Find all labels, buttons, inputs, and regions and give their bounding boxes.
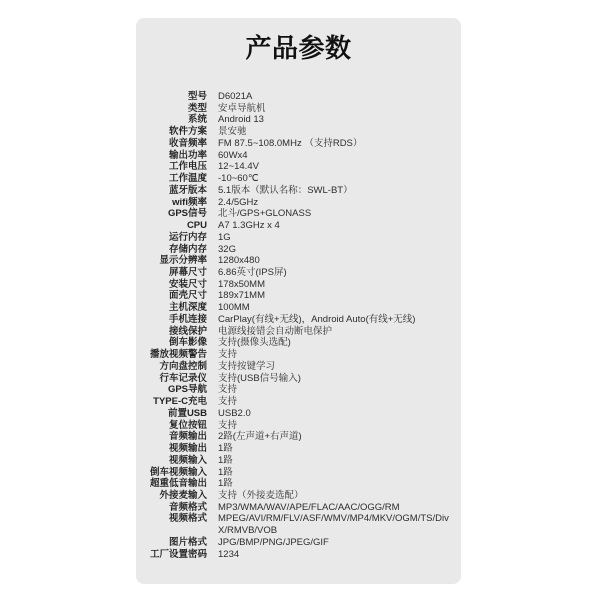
spec-label: TYPE-C充电 [136,396,207,408]
spec-row: GPS导航支持 [136,384,461,396]
spec-value: 支持(摄像头选配) [218,337,461,349]
spec-row: 复位按钮支持 [136,420,461,432]
spec-value: MP3/WMA/WAV/APE/FLAC/AAC/OGG/RM [218,502,461,514]
spec-label: GPS导航 [136,384,207,396]
spec-label: 音频格式 [136,502,207,514]
spec-row: 视频输入1路 [136,455,461,467]
spec-row: 图片格式JPG/BMP/PNG/JPEG/GIF [136,537,461,549]
spec-value: 1G [218,232,461,244]
spec-label: 系统 [136,114,207,126]
spec-value: MPEG/AVI/RM/FLV/ASF/WMV/MP4/MKV/OGM/TS/D… [218,513,461,536]
spec-row: 视频输出1路 [136,443,461,455]
spec-value: 2.4/5GHz [218,197,461,209]
spec-value: Android 13 [218,114,461,126]
spec-value: 60Wx4 [218,150,461,162]
spec-row: wifi频率2.4/5GHz [136,197,461,209]
spec-label: 视频输入 [136,455,207,467]
spec-label: 面壳尺寸 [136,290,207,302]
spec-row: 视频格式MPEG/AVI/RM/FLV/ASF/WMV/MP4/MKV/OGM/… [136,513,461,536]
spec-row: 音频格式MP3/WMA/WAV/APE/FLAC/AAC/OGG/RM [136,502,461,514]
spec-value: 支持 [218,420,461,432]
spec-row: 屏幕尺寸6.86英寸(IPS屏) [136,267,461,279]
spec-row: 运行内存1G [136,232,461,244]
spec-row: 手机连接CarPlay(有线+无线)，Android Auto(有线+无线) [136,314,461,326]
spec-label: 工作电压 [136,161,207,173]
spec-row: 存储内存32G [136,244,461,256]
spec-row: 软件方案景安驰 [136,126,461,138]
spec-label: 型号 [136,91,207,103]
spec-value: 1路 [218,478,461,490]
spec-value: 100MM [218,302,461,314]
spec-row: 接线保护电源线接错会自动断电保护 [136,326,461,338]
spec-label: 复位按钮 [136,420,207,432]
spec-row: 主机深度100MM [136,302,461,314]
spec-label: 输出功率 [136,150,207,162]
spec-value: CarPlay(有线+无线)，Android Auto(有线+无线) [218,314,461,326]
spec-label: 视频输出 [136,443,207,455]
spec-label: 蓝牙版本 [136,185,207,197]
spec-value: 电源线接错会自动断电保护 [218,326,461,338]
spec-label: 工作温度 [136,173,207,185]
spec-value: 178x50MM [218,279,461,291]
spec-label: 存储内存 [136,244,207,256]
spec-value: FM 87.5~108.0MHz （支持RDS） [218,138,461,150]
spec-row: 外接麦输入支持（外接麦选配） [136,490,461,502]
spec-label: 手机连接 [136,314,207,326]
spec-value: USB2.0 [218,408,461,420]
spec-label: 行车记录仪 [136,373,207,385]
spec-value: 北斗/GPS+GLONASS [218,208,461,220]
spec-label: 屏幕尺寸 [136,267,207,279]
spec-row: 型号D6021A [136,91,461,103]
spec-label: 超重低音输出 [136,478,207,490]
page-title: 产品参数 [136,18,461,63]
spec-row: 输出功率60Wx4 [136,150,461,162]
spec-value: 景安驰 [218,126,461,138]
spec-value: 2路(左声道+右声道) [218,431,461,443]
spec-value: 6.86英寸(IPS屏) [218,267,461,279]
spec-row: 方向盘控制支持按键学习 [136,361,461,373]
spec-label: 图片格式 [136,537,207,549]
spec-row: 播放视频警告支持 [136,349,461,361]
spec-value: 12~14.4V [218,161,461,173]
spec-value: JPG/BMP/PNG/JPEG/GIF [218,537,461,549]
spec-row: 面壳尺寸189x71MM [136,290,461,302]
spec-value: 支持(USB信号输入) [218,373,461,385]
spec-value: 支持 [218,349,461,361]
spec-row: 前置USBUSB2.0 [136,408,461,420]
spec-card: 产品参数 型号D6021A类型安卓导航机系统Android 13软件方案景安驰收… [136,18,461,584]
spec-row: GPS信号北斗/GPS+GLONASS [136,208,461,220]
spec-value: 安卓导航机 [218,103,461,115]
spec-row: 音频输出2路(左声道+右声道) [136,431,461,443]
spec-label: 运行内存 [136,232,207,244]
spec-row: 工厂设置密码1234 [136,549,461,561]
spec-value: 5.1版本（默认名称：SWL-BT） [218,185,461,197]
spec-value: 支持 [218,384,461,396]
spec-label: 显示分辨率 [136,255,207,267]
spec-row: CPUA7 1.3GHz x 4 [136,220,461,232]
spec-row: 行车记录仪支持(USB信号输入) [136,373,461,385]
spec-label: CPU [136,220,207,232]
spec-label: 工厂设置密码 [136,549,207,561]
spec-label: 安装尺寸 [136,279,207,291]
spec-label: 主机深度 [136,302,207,314]
spec-label: 倒车影像 [136,337,207,349]
spec-row: 工作电压12~14.4V [136,161,461,173]
spec-table: 型号D6021A类型安卓导航机系统Android 13软件方案景安驰收音频率FM… [136,91,461,560]
spec-value: 32G [218,244,461,256]
spec-label: 收音频率 [136,138,207,150]
spec-row: 显示分辨率1280x480 [136,255,461,267]
spec-label: 软件方案 [136,126,207,138]
spec-label: 播放视频警告 [136,349,207,361]
spec-row: 倒车视频输入1路 [136,467,461,479]
spec-value: 189x71MM [218,290,461,302]
spec-value: 1路 [218,455,461,467]
spec-value: A7 1.3GHz x 4 [218,220,461,232]
spec-label: wifi频率 [136,197,207,209]
spec-value: 1280x480 [218,255,461,267]
spec-value: 支持按键学习 [218,361,461,373]
spec-value: 1234 [218,549,461,561]
spec-row: 类型安卓导航机 [136,103,461,115]
spec-label: 倒车视频输入 [136,467,207,479]
product-spec-sheet: 产品参数 型号D6021A类型安卓导航机系统Android 13软件方案景安驰收… [0,0,600,600]
spec-label: 接线保护 [136,326,207,338]
spec-value: 支持 [218,396,461,408]
spec-row: 蓝牙版本5.1版本（默认名称：SWL-BT） [136,185,461,197]
spec-label: 方向盘控制 [136,361,207,373]
spec-row: 工作温度-10~60℃ [136,173,461,185]
spec-row: 倒车影像支持(摄像头选配) [136,337,461,349]
spec-label: 外接麦输入 [136,490,207,502]
spec-row: TYPE-C充电支持 [136,396,461,408]
spec-value: -10~60℃ [218,173,461,185]
spec-value: 1路 [218,443,461,455]
spec-row: 超重低音输出1路 [136,478,461,490]
spec-label: 音频输出 [136,431,207,443]
spec-value: 1路 [218,467,461,479]
spec-label: 类型 [136,103,207,115]
spec-label: 视频格式 [136,513,207,525]
spec-row: 安装尺寸178x50MM [136,279,461,291]
spec-value: D6021A [218,91,461,103]
spec-label: GPS信号 [136,208,207,220]
spec-row: 收音频率FM 87.5~108.0MHz （支持RDS） [136,138,461,150]
spec-value: 支持（外接麦选配） [218,490,461,502]
spec-row: 系统Android 13 [136,114,461,126]
spec-label: 前置USB [136,408,207,420]
